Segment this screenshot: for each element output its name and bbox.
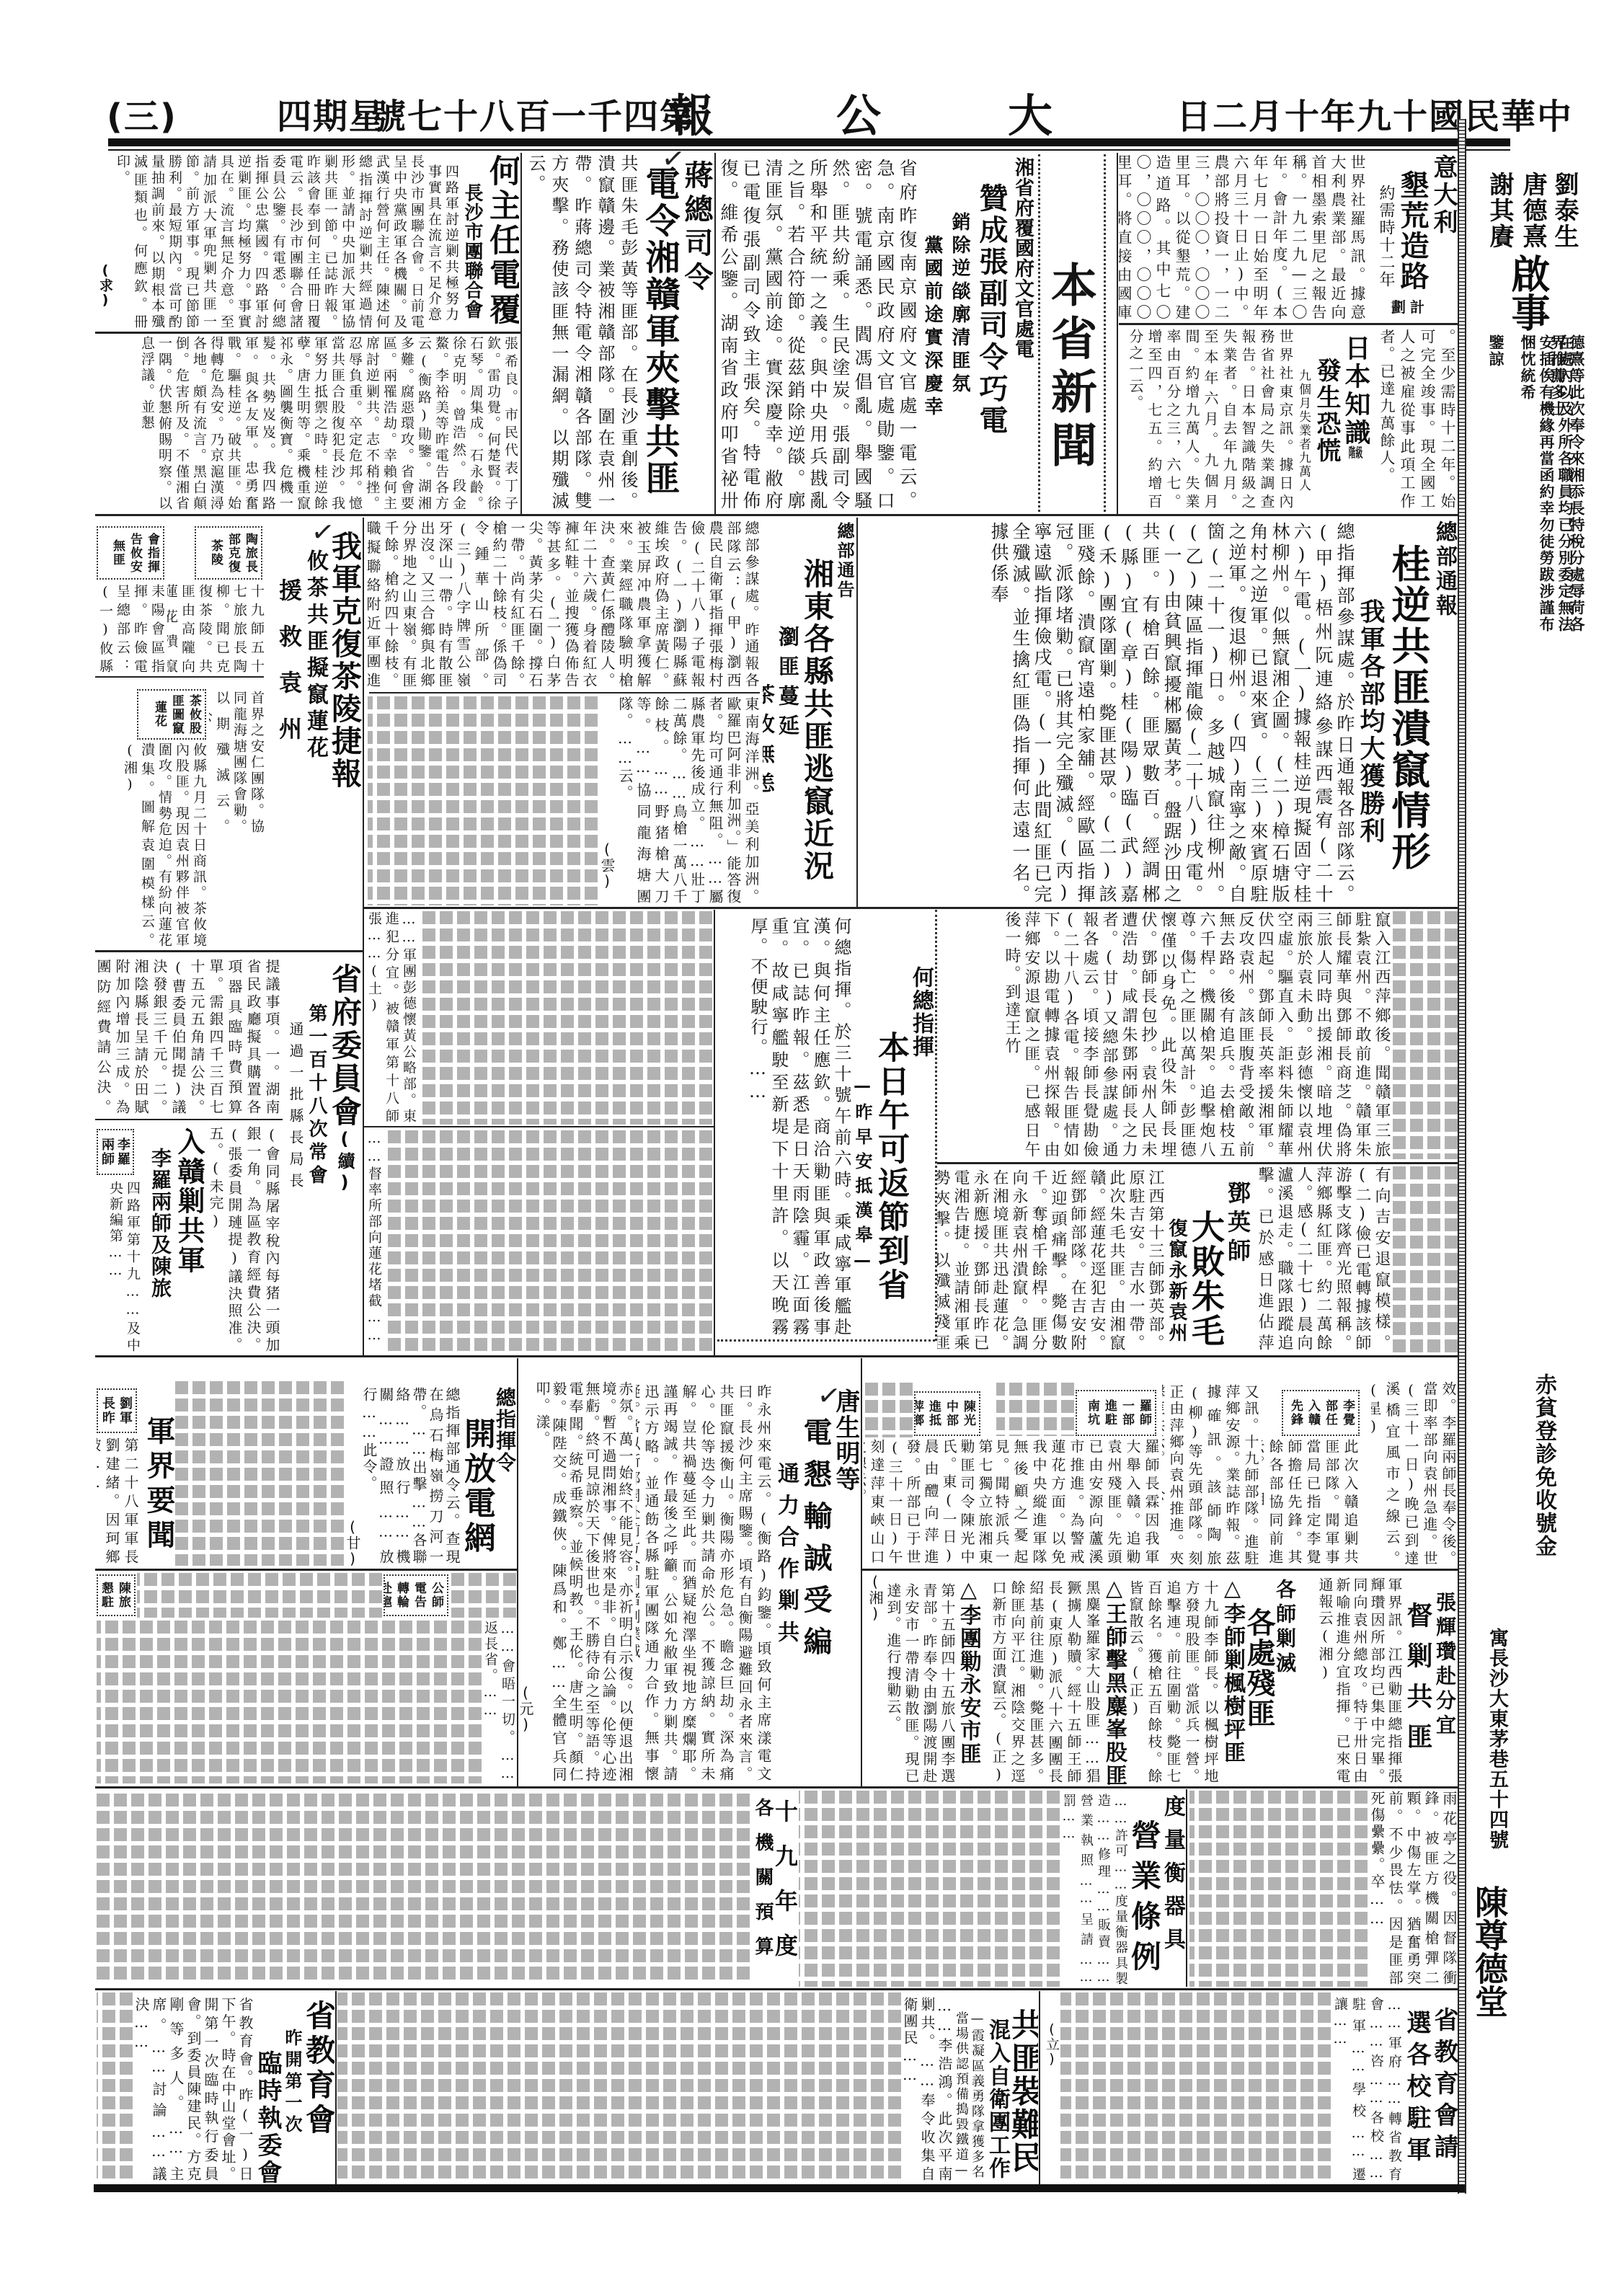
- subhead: 銷除逆燄廓清匪氛: [946, 212, 973, 512]
- subhead: 援救袁州: [275, 578, 303, 949]
- column-rule: [520, 153, 522, 515]
- column-rule: [1039, 1991, 1040, 2184]
- article-xiangdong-heading: 總部通告 湘東各縣共匪逃竄近況 瀏匪蔓延 茶攸無恙: [763, 518, 855, 905]
- article-shengfu-body: 提議事項。一。湖南省民政廳擬具購置各項器具臨時費預算單。需銀四千三百七十五元五角…: [97, 959, 281, 1116]
- masthead-title-char-3: 報: [669, 92, 715, 140]
- rule: [862, 1569, 1458, 1571]
- article-he-reply: 何主任電覆 長沙市團聯合會 四路軍討逆剿共極努力 事實具在流言不足介意 長沙市團…: [95, 154, 519, 330]
- article-deng: 鄧英師 大敗朱毛 復竄永新袁州 江西第十三師鄧英部。原駐吉安。吉水一帶。此次朱毛…: [937, 1166, 1251, 1352]
- headline: 湘東各縣共匪逃竄近況: [800, 558, 833, 905]
- column-rule: [861, 1358, 862, 1786]
- article-body: 省府昨復南京國府文官處一電云。急。南京國民政府文官處勛鑒。口密。號電誦悉。閻馮倡…: [718, 159, 918, 512]
- article-body: 十九師五十七旅旅長陶柳。聞已克復茶陵。共匪由高隴向蓮花潰竄云。(士): [167, 584, 265, 675]
- subhead-box: 劉軍長昨: [97, 1388, 137, 1433]
- subhead-box: 李羅兩師: [97, 1129, 134, 1175]
- subhead-box: 陳旅懇駐: [97, 1574, 136, 1616]
- article-he-reply-continued: 張希良。市民代表丁子欽。雷功覺。何楚賢。徐石琴。周集成。石永齡。徐克明。曾浩然。…: [95, 336, 519, 512]
- article-body: 十九師李師長。以楓樹坪地方發現股匪。當派兵一營。追擊連。前往圍勦。斃匪七百餘名。…: [1126, 1580, 1220, 1785]
- headline: 各處殘匪: [1244, 1608, 1273, 1785]
- spacer: [717, 913, 747, 1338]
- masthead-title-char-1: 大: [1008, 92, 1054, 140]
- kicker: 總部通告: [833, 522, 855, 905]
- headline-part-1: 意大利: [1429, 154, 1458, 322]
- kicker: 蔣總司令: [680, 160, 713, 512]
- row-rule: [95, 514, 1458, 516]
- subhead: 通力合作剿共: [773, 1462, 799, 1783]
- section-title: △王師擊黑麋峯股匪: [1102, 1576, 1126, 1785]
- headline: 電令湘贛軍夾擊共匪: [639, 166, 680, 512]
- subhead: 攸茶共匪擬竄蓮花: [303, 549, 327, 949]
- article-shengfu-body-2: (會同縣屠宰稅內每猪一頭加銀一角。為區教育經費公決。(張委員開璉提)議決照准。五…: [205, 1126, 281, 1354]
- notice-title: 啟事: [1507, 254, 1548, 332]
- article-body: 雨花亭之役。因督隊衝鋒。被匪方機關槍彈二顆。中傷左掌。猶奮勇突前。不少畏怯。因是…: [1368, 1791, 1458, 1987]
- article-body: 長沙市團聯合會。日前電呈中央黨政軍各機關。及武漢行營何主任。陳述何總指揮討逆剿共…: [114, 154, 425, 330]
- deck: 通過一批縣長局長: [286, 1021, 305, 1354]
- illegible-body-text: [97, 1993, 133, 2183]
- article-body: 羅師長霖因我軍大舉入贛。追勦袁州殘匪。先頭已由安源向蘆溪市推進。為警戒蓮花方面。…: [996, 1439, 1161, 1566]
- ad-strip-border: [1458, 119, 1466, 2194]
- subhead-box: 陳光中部進抵萍鄉: [914, 1391, 980, 1436]
- headline: 日本知識階級: [1341, 334, 1370, 510]
- column-rule: [363, 518, 364, 1355]
- rule: [369, 692, 760, 693]
- article-body: 省教育會。昨(一)日下午。時在中山堂會址。開第一次臨時執行委員會。到委員陳建民。…: [133, 1997, 254, 2183]
- kicker: 各師剿滅: [1273, 1579, 1296, 1785]
- headline: 共匪裝難民: [1009, 2008, 1038, 2183]
- column-rule: [335, 1991, 337, 2184]
- article-budget-body: [97, 1794, 750, 1984]
- row-rule: [95, 1355, 1458, 1357]
- subhead: 發生恐慌: [1312, 358, 1341, 510]
- article-shengfu-heading: 省府委員會(續) 第一百十八次常會 通過一批縣長局長: [283, 953, 361, 1354]
- article-measures-regulations: 度量衡器具 營業條例 ……許可……度量衡器具製造……修理……販賣……營業執照………: [799, 1791, 1185, 1987]
- illegible-body-text: [97, 1794, 750, 1984]
- article-body: ……許可……度量衡器具製造……修理……販賣……營業執照……呈請……罰……: [1060, 1794, 1129, 1987]
- article-body: 總指揮部通令云。查現在烏石梅嶺撈刀河一帶。……出擊……各聯絡……放行……機關………: [360, 1387, 460, 1566]
- column-rule: [856, 518, 858, 907]
- article-body: 昨永州來電云。(衡路)鈞鑒。頃致何主席漾電文曰。長沙何主席賜鑒。頃有自衡陽避難回…: [636, 1384, 773, 1783]
- spacer: [97, 1181, 107, 1354]
- notice-name-2: 唐德熹: [1518, 172, 1547, 249]
- article-education-meeting: 省教育會 昨開第一次 臨時執委會 省教育會。昨(一)日下午。時在中山堂會址。開第…: [97, 1993, 334, 2183]
- illegible-body-text: [996, 1383, 1074, 1436]
- masthead-rule: [108, 138, 1510, 146]
- article-body: 總部參謀處。昨通報各部隊云：(甲)瀏西農民自衛軍指揮張梅村儉(二十八)子電報告。…: [368, 520, 760, 689]
- illegible-body-text: [1060, 1993, 1331, 2183]
- article-province-reply: 湘省府覆國府文官處電 贊成張副司令巧電 銷除逆燄廓清匪氛 黨國前途實深慶幸 省府…: [718, 154, 1035, 512]
- row-rule: [95, 1988, 1458, 1990]
- issue-number: 第四千一百八十七號: [371, 97, 696, 137]
- article-chaling-item: 攸縣九月二十日商訊。茶攸境內股匪。現因袁州夥伴被官軍圍攻。情勢危迫。有紛向蓮花潰…: [97, 743, 208, 949]
- article-body: 張希良。市民代表丁子欽。雷功覺。何楚賢。徐石琴。周集成。石永齡。徐克明。曾浩然。…: [138, 336, 519, 512]
- subhead: 黨國前途實深慶幸: [918, 235, 946, 512]
- article-luo-division-top: [996, 1383, 1074, 1436]
- article-chaling-item: 首界之安仁團隊。協同龍海塘團隊會勦。以期殲滅云。(公): [209, 691, 265, 835]
- illegible-body-text: [864, 1383, 913, 1437]
- source-tag: (雲): [598, 841, 616, 905]
- article-body: 有向吉安退竄模樣。(二)儉已電轉據該師游擊支隊齊光照報稱。萍鄉縣紅匪。約二萬餘人…: [1254, 1166, 1391, 1352]
- kicker: 湘省府覆國府文官處電: [1009, 157, 1035, 512]
- subhead: 選各校駐軍: [1403, 2010, 1430, 2183]
- subhead-box: 李覺部任入贛先鋒: [1282, 1390, 1360, 1436]
- rule: [95, 676, 264, 678]
- headline-part-1: 度量衡器具: [1159, 1795, 1185, 1987]
- source-tag: (立): [1042, 2021, 1060, 2183]
- subhead-box: 會指揮告攸安無匪: [97, 526, 164, 580]
- clinic-address: 寓長沙大東茅巷五十四號: [1485, 1628, 1508, 1850]
- article-xiangdong-body: 總部參謀處。昨通報各部隊云：(甲)瀏西農民自衛軍指揮張梅村儉(二十八)子電報告。…: [368, 520, 760, 689]
- illegible-body-text: [422, 911, 712, 1125]
- article-military-news-body: 第二十八軍軍長劉建緒。因珂鄉被……: [97, 1437, 140, 1566]
- article-chaling-item: 十九師五十七旅旅長陶柳。聞已克復茶陵。共匪由高隴向蓮花潰竄云。(士): [167, 584, 265, 675]
- headline: 開放電網: [460, 1417, 493, 1566]
- subhead: 昨開第一次: [281, 2029, 303, 2183]
- article-body: 又訊。十九師部隊。進駐萍鄉安源。業誌昨報。茲據確訊。該師陶旅(柳)等先頭部隊。刻…: [1162, 1384, 1260, 1567]
- spacer: [95, 154, 97, 330]
- illegible-body-text: [1393, 911, 1458, 1159]
- notice-body-2: 在處內以及外所各職員均已分別委定無法安插俟有機緣再當函約幸勿徒勞跋涉謹布悃忱統希: [1518, 334, 1574, 644]
- bottom-rule: [94, 2184, 1465, 2192]
- weekday: 星期四: [277, 97, 385, 137]
- headline-main: 日本知識: [1341, 334, 1370, 447]
- check-mark-annotation: ✓: [815, 1378, 843, 1413]
- kicker: 總部通報: [1430, 520, 1458, 905]
- check-mark-annotation: ✓: [660, 141, 687, 176]
- article-military-news-heading: 軍界要聞: [141, 1381, 174, 1566]
- spacer: [1119, 329, 1126, 510]
- article-education-request: 省教育會請 選各校駐軍 ……軍府……轉省教育會……咨……各校……駐軍……學校………: [1042, 1993, 1458, 2183]
- deck-line: 事實具在流言不足介意: [425, 164, 443, 330]
- page-number: (三): [107, 97, 177, 137]
- subhead: —昨早安抵漢皋—: [851, 1076, 873, 1338]
- clinic-name: 陳尊德堂: [1471, 1885, 1508, 2018]
- article-lower-left-top: [137, 1573, 382, 1618]
- headline: 贊成張副司令巧電: [973, 183, 1009, 512]
- illegible-body-text: [174, 1381, 344, 1566]
- article-body: 攸縣九月二十日商訊。茶攸境內股匪。現因袁州夥伴被官軍圍攻。情勢危迫。有紛向蓮花潰…: [121, 743, 208, 949]
- article-body: 東南海洋洲。亞美利加洲。歐羅巴阿非利加洲。」能答復者。均可通行無阻。……屬縣農軍…: [616, 696, 760, 905]
- subhead: 督剿共匪: [1403, 1602, 1432, 1785]
- article-body: 世界社東京訊。據日內務省社會局之失業調查報告。日本智識階級之失業者。自去年九月。…: [1126, 329, 1295, 510]
- row-rule: [95, 1786, 1458, 1789]
- row-rule: [364, 907, 1458, 909]
- article-lower-left-top-right: [450, 1573, 516, 1618]
- masthead-title-char-2: 公: [836, 92, 882, 140]
- article-tang: 唐生明等 電懇輸誠受編 通力合作剿共 昨永州來電云。(衡路)鈞鑒。頃致何主席漾電…: [636, 1381, 859, 1783]
- rule: [937, 1162, 1458, 1164]
- headline: 張輝瓚赴分宜: [1432, 1592, 1458, 1785]
- rule: [1119, 323, 1458, 325]
- kicker: 鄧英師: [1224, 1181, 1251, 1352]
- article-body: ……軍團彭德懷黃公略部。東進犯分宜。被贛軍第十八師張……(土): [365, 911, 417, 1125]
- spacer: [939, 911, 1002, 1159]
- illegible-body-text: [137, 1573, 382, 1618]
- article-italy-body: 世界社羅馬訊。據意大利農業部。最近向首相墨索里尼之報告稱。一九二九—三〇年。會計…: [1119, 154, 1367, 322]
- dotted-rule: [717, 1339, 935, 1342]
- headline-part-2: 營業條例: [1129, 1819, 1159, 1987]
- deck-line: 當場供認預備搗毀鐵道—: [953, 2011, 969, 2183]
- article-divisions-clear-bandits: 各師剿滅 各處殘匪 △李師剿楓樹坪匪 十九師李師長。以楓樹坪地方發現股匪。當派兵…: [982, 1573, 1296, 1785]
- notice-closing: 鑒諒: [1486, 334, 1505, 368]
- subhead: 瀏匪蔓延: [776, 626, 800, 905]
- article-rugan-heading: 入贛剿共軍 李羅兩師及陳旅: [144, 1126, 205, 1354]
- headline: 軍界要聞: [143, 1416, 174, 1566]
- article-chiang-order: 蔣總司令 電令湘贛軍夾擊共匪 共匪朱毛彭黃等匪部。在長沙重創後。潰竄贛邊。業被湘…: [523, 154, 713, 512]
- article-budget-heading: 十九年度 各機關預算: [753, 1791, 797, 1987]
- article-body: 總指揮部參謀處。於昨日通報各部隊云。(甲)梧州阮連絡參謀西震宥(二十六)午電。(…: [988, 522, 1355, 905]
- article-body: 提議事項。一。湖南省民政廳擬具購置各項器具臨時費預算單。需銀四千三百七十五元五角…: [97, 959, 281, 1116]
- article-italy-continued: 。至少需時十二年。始可完全竣事。現全國工人之被雇從事此項工作者。已達九萬餘人。: [1373, 329, 1458, 510]
- article-body: (會同縣屠宰稅內每猪一頭加銀一角。為區教育經費公決。(張委員開璉提)議決照准。五…: [206, 1126, 281, 1354]
- article-19th-division: 又訊。十九師部隊。進駐萍鄉安源。業誌昨報。茲據確訊。該師陶旅(柳)等先頭部隊。刻…: [1162, 1384, 1260, 1567]
- subhead: 第一百十八次常會: [305, 1003, 328, 1354]
- article-xiangdong-body-2: 東南海洋洲。亞美利加洲。歐羅巴阿非利加洲。」能答復者。均可通行無阻。……屬縣農軍…: [368, 696, 760, 905]
- illegible-column: [1393, 1166, 1458, 1352]
- notice-name-1: 劉泰生: [1550, 172, 1579, 249]
- article-open-wire-fence: 總指揮令 開放電網 總指揮部通令云。查現在烏石梅嶺撈刀河一帶。……出擊……各聯絡…: [174, 1381, 516, 1566]
- article-body: 效。李羅兩師長奉令後。當即率部向袁州急進。世(三十一日)晚已到達溪橋宜風市之線云…: [1371, 1381, 1458, 1567]
- article-luo-division: 羅師長霖因我軍大舉入贛。追勦袁州殘匪。先頭已由安源向蘆溪市推進。為警戒蓮花方面。…: [996, 1439, 1161, 1566]
- subhead: 我軍各部均大獲勝利: [1355, 598, 1386, 905]
- article-chen-guangzhong-top: [864, 1383, 913, 1437]
- article-gui-retreat: 總部通報 桂逆共匪潰竄情形 我軍各部均大獲勝利 總指揮部參謀處。於昨日通報各部隊…: [859, 518, 1458, 905]
- column-rule: [714, 153, 716, 515]
- illegible-body-text: [450, 1573, 516, 1618]
- spacer: [97, 743, 121, 949]
- article-yuhuating: 雨花亭之役。因督隊衝鋒。被匪方機關槍彈二顆。中傷左掌。猶奮勇突前。不少畏怯。因是…: [1189, 1791, 1458, 1987]
- column-rule: [1117, 153, 1118, 515]
- continued-marker: (續): [334, 1129, 355, 1195]
- source-tag: (湘): [866, 1573, 884, 1785]
- rule: [364, 1126, 714, 1127]
- column-rule: [1186, 1789, 1187, 1987]
- article-body: 共匪朱毛彭黃等匪部。在長沙重創後。潰竄贛邊。業被湘贛部隊。圍在袁州一帶。昨蔣總司…: [524, 154, 639, 512]
- subhead: 茶攸無恙: [763, 683, 776, 905]
- article-mid-continued: ……軍團彭德懷黃公略部。東進犯分宜。被贛軍第十八師張……(土): [365, 911, 712, 1125]
- article-body: 軍界訊。江西勦匪總指揮張輝瓚因所部均已集中完畢。同向袁州總攻。特于卅日由新喻推進…: [1316, 1577, 1403, 1785]
- source-tag: (求): [97, 262, 114, 330]
- article-chen-guangzhong: 第七獨立旅湘東勦匪司令陳光中氏。東(一日)晨由醴向萍進發。所部已于世(三十一日)…: [864, 1439, 993, 1566]
- headline-small: 階級: [1348, 447, 1363, 460]
- headline: 我軍克復茶陵捷報: [327, 531, 362, 949]
- article-body: ……督率所部向蓮花堵截……: [365, 1130, 383, 1354]
- spacer: [205, 1126, 206, 1354]
- headline: 桂逆共匪潰竄情形: [1386, 544, 1430, 905]
- article-yuan-battle: 竄入江西萍鄉後。聞贛軍三旅駐紮袁州。不敢前進。贛軍朱師長耀華與鄧師長商芝。偽將三…: [939, 911, 1391, 1159]
- spacer: [95, 336, 138, 512]
- spacer: [1373, 329, 1377, 510]
- article-chaling-heading: 我軍克復茶陵捷報 攸茶共匪擬竄蓮花 援救袁州: [268, 520, 362, 949]
- illegible-body-text: [97, 1621, 482, 1783]
- article-body: ……會晤一切。……返長省。……: [482, 1621, 516, 1783]
- notice-name-3: 謝其賡: [1485, 172, 1514, 249]
- headline-part-3: 計劃: [1391, 296, 1429, 316]
- article-body: 。至少需時十二年。始可完全竣事。現全國工人之被雇從事此項工作者。已達九萬餘人。: [1377, 329, 1458, 510]
- headline: 十九年度: [773, 1799, 797, 1987]
- article-body: ……軍府……轉省教育會……咨……各校……駐軍……學校……遷讓……: [1331, 1997, 1403, 2183]
- article-body: 耒陽會區指揮。昨儉電呈總部云：(一)攸縣茶陵之匪已……: [97, 584, 166, 675]
- spacer: [982, 1573, 989, 1785]
- check-mark-annotation: ✓: [309, 515, 337, 549]
- deck-line: 四路軍討逆剿共極努力: [443, 164, 460, 330]
- deck: 九個月失業者九萬人: [1295, 369, 1312, 510]
- subhead: 李羅兩師及陳旅: [147, 1148, 173, 1354]
- headline: 入贛剿共軍: [173, 1127, 205, 1354]
- rule: [95, 1119, 283, 1120]
- article-chaling-item: 耒陽會區指揮。昨儉電呈總部云：(一)攸縣茶陵之匪已……: [97, 584, 166, 675]
- subhead: 長沙市團聯合會: [460, 183, 484, 330]
- kicker: 何總指揮: [908, 966, 934, 1338]
- subhead: 各機關預算: [753, 1798, 773, 1987]
- spacer: [859, 518, 988, 905]
- subhead-box: 茶攸股匪圖竄蓮花: [137, 689, 206, 740]
- article-body: 竄入江西萍鄉後。聞贛軍三旅駐紮袁州。不敢前進。贛軍朱師長耀華與鄧師長商芝。偽將三…: [1002, 911, 1391, 1159]
- article-body: 赤氛。萬一始終不能見容。亦祈明白示復。以便退出湘境。暫不過問湘事。俾將來是非。自…: [533, 1381, 633, 1783]
- row-rule: [95, 950, 363, 952]
- article-li-regiment: △李團勦永安市匪 第十五師四十五旅八團李選青部。昨奉令由瀏陽渡開赴永安市一帶清勦…: [864, 1573, 980, 1785]
- article-japan: 日本知識階級 發生恐慌 九個月失業者九萬人 世界社東京訊。據日內務省社會局之失業…: [1119, 329, 1370, 510]
- column-rule: [714, 910, 715, 1355]
- rule: [95, 332, 520, 334]
- article-he-return: 何總指揮 本日午可返節到省 —昨早安抵漢皋— 何總指揮。於三十號午前六時。乘咸寧…: [717, 913, 934, 1338]
- article-body: 第二十八軍軍長劉建緒。因珂鄉被……: [97, 1437, 140, 1566]
- article-bandits-disguised: 共匪裝難民 混入自衛團工作 —霞凝區義勇隊拿獲多名 當場供認預備搗毀鐵道— ………: [337, 1993, 1038, 2183]
- illegible-body-text: [799, 1791, 1060, 1987]
- article-body: ……李浩鴻。此次平南剿共。……奉令收集自衛團民……: [901, 1997, 953, 2183]
- headline: 省教育會請: [1430, 2007, 1458, 2183]
- article-body: 黑麋峯羅家大山股匪……猖獗擄人勒贖。經十五師王師長(東原)派八十六團團長紹基前往…: [989, 1580, 1102, 1785]
- subhead: 混入自衛團工作: [985, 2018, 1009, 2183]
- subhead-box: 羅師一部進駐南坑: [1076, 1390, 1156, 1436]
- illegible-body-text: [387, 1130, 712, 1354]
- article-lower-left: ……會晤一切。……返長省。……: [97, 1621, 516, 1783]
- article-body: 何總指揮。於三十號午前六時。乘咸寧軍艦赴漢。與何主任應欽。商洽勦匪與軍政善後事宜…: [747, 917, 851, 1338]
- article-body: 此次入贛追剿共匪部隊。聞軍事當局已指定李覺師擔任先鋒。其餘各部協同前進云。(湘): [1262, 1439, 1360, 1566]
- headline-main: 省府委員會: [327, 963, 361, 1129]
- kicker: 總指揮令: [493, 1387, 516, 1566]
- spacer: [1298, 1573, 1316, 1785]
- article-yuan-battle-continued: 有向吉安退竄模樣。(二)儉已電轉據該師游擊支隊齊光照報稱。萍鄉縣紅匪。約二萬餘人…: [1254, 1166, 1391, 1352]
- article-body: 江西第十三師鄧英部。原駐吉安。吉水一帶。此次朱毛共匪。由湘竄贛。經蓮花逕犯吉安。…: [937, 1169, 1165, 1352]
- headline: △李團勦永安市匪: [956, 1577, 980, 1785]
- headline: 大敗朱毛: [1188, 1210, 1224, 1352]
- article-body: 第七獨立旅湘東勦匪司令陳光中氏。東(一日)晨由醴向萍進發。所部已于世(三十一日)…: [864, 1439, 993, 1566]
- kicker: 唐生明等: [832, 1388, 859, 1783]
- subhead: 復竄永新袁州: [1165, 1218, 1188, 1352]
- illegible-body-text: [337, 1993, 901, 2183]
- article-body: 四路軍第十九……及中央新編第……: [107, 1181, 141, 1354]
- illegible-article-start: [1393, 911, 1458, 1159]
- section-title: △李師剿楓樹坪匪: [1220, 1576, 1244, 1785]
- illegible-body-text: [1189, 1791, 1368, 1987]
- headline: 本日午可返節到省: [873, 1031, 908, 1338]
- article-li-jue-vanguard: 此次入贛追剿共匪部隊。聞軍事當局已指定李覺師擔任先鋒。其餘各部協同前進云。(湘): [1262, 1439, 1360, 1566]
- subhead-box: 陶旅長部克復茶陵: [195, 526, 262, 580]
- illegible-body-text: [368, 696, 598, 905]
- masthead-thin-rule: [108, 149, 1510, 151]
- article-body: 世界社羅馬訊。據意大利農業部。最近向首相墨索里尼之報告稱。一九二九—三〇年。會計…: [1119, 154, 1367, 322]
- article-mid-lower: ……督率所部向蓮花堵截……: [365, 1130, 712, 1354]
- headline: 省教育會: [303, 2000, 334, 2183]
- article-zhang-huizan: 張輝瓚赴分宜 督剿共匪 軍界訊。江西勦匪總指揮張輝瓚因所部均已集中完畢。同向袁州…: [1298, 1573, 1458, 1785]
- source-tag: (元): [519, 1684, 533, 1783]
- subhead-box: 公師電告轉輪赴滬: [384, 1574, 448, 1616]
- section-banner: 本省新聞: [1038, 154, 1106, 512]
- issue-date: 中華民國十九年十月二日: [1176, 97, 1573, 137]
- spacer: [864, 1573, 866, 1785]
- illegible-body-text: [1393, 1166, 1458, 1352]
- article-rugan-body: 四路軍第十九……及中央新編第……: [97, 1181, 141, 1354]
- deck-line: —霞凝區義勇隊拿獲多名: [969, 2011, 985, 2183]
- rule: [95, 1569, 517, 1571]
- clinic-free-notice: 赤貧登診免收號金: [1531, 1373, 1556, 1558]
- article-li-luo-advance: 效。李羅兩師長奉令後。當即率部向袁州急進。世(三十一日)晚已到達溪橋宜風市之線云…: [1371, 1381, 1458, 1567]
- headline: 電懇輸誠受編: [799, 1417, 832, 1783]
- headline: 何主任電覆: [484, 154, 519, 330]
- deck: 臨時執委會: [254, 2050, 281, 2183]
- article-body: 首界之安仁團隊。協同龍海塘團隊會勦。以期殲滅云。(公): [209, 691, 265, 835]
- headline: 省府委員會(續): [328, 963, 361, 1354]
- source-tag: (公): [523, 435, 524, 512]
- article-tang-continued: 赤氛。萬一始終不能見容。亦祈明白示復。以便退出湘境。暫不過問湘事。俾將來是非。自…: [519, 1381, 633, 1783]
- column-rule: [517, 1358, 518, 1786]
- source-tag: (甘): [344, 1518, 360, 1566]
- article-body: 第十五師四十五旅八團李選青部。昨奉令由瀏陽渡開赴永安市一帶清勦散匪。現已達到。進…: [884, 1583, 956, 1785]
